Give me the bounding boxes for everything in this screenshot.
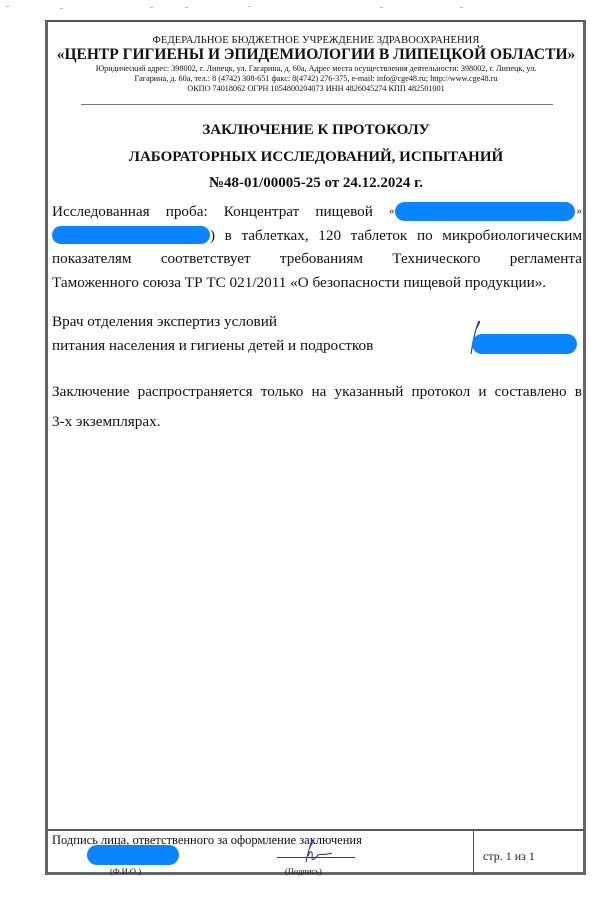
org-address-line2: Гагарина, д. 60а, тел.: 8 (4742) 308-651… — [48, 74, 584, 83]
word: показателям — [52, 247, 132, 271]
scope-note: Заключение распространяется только на ук… — [52, 380, 582, 433]
quote-close: » — [576, 200, 582, 224]
word: пищевой — [315, 200, 372, 224]
scope-note-line1: Заключение распространяется только на ук… — [52, 380, 582, 404]
header-divider — [81, 104, 553, 105]
redaction-blob — [52, 226, 210, 244]
quote-open: « — [389, 200, 395, 224]
scope-note-line2: 3-х экземплярах. — [52, 410, 582, 434]
redaction-blob — [395, 202, 575, 221]
document-title-line1: ЗАКЛЮЧЕНИЕ К ПРОТОКОЛУ — [48, 122, 584, 139]
word: в — [575, 380, 582, 404]
word: протокол — [411, 380, 470, 404]
signature-caption: (Подпись) — [285, 866, 322, 876]
speck — [60, 8, 63, 9]
conclusion-line-1: Исследованная проба: Концентрат пищевой … — [52, 200, 582, 224]
word: соответствует — [161, 247, 251, 271]
conclusion-line-2: ) в таблетках, 120 таблеток по микробиол… — [52, 224, 582, 248]
redacted-product-name: « » — [389, 200, 582, 224]
word: указанный — [335, 380, 404, 404]
redacted-responsible-name — [87, 845, 179, 865]
word: проба: — [166, 200, 208, 224]
page-number: стр. 1 из 1 — [483, 849, 535, 864]
speck — [150, 7, 153, 8]
word: составлено — [495, 380, 567, 404]
speck — [248, 6, 251, 7]
word: Технического — [392, 247, 480, 271]
scan-artifacts — [0, 0, 604, 20]
word: и — [478, 380, 486, 404]
word: Концентрат — [224, 200, 300, 224]
text: ) в таблетках, 120 таблеток по микробиол… — [210, 224, 582, 248]
signature-line — [277, 857, 355, 858]
word: Исследованная — [52, 200, 150, 224]
word: на — [312, 380, 327, 404]
org-name-line2: «ЦЕНТР ГИГИЕНЫ И ЭПИДЕМИОЛОГИИ В ЛИПЕЦКО… — [48, 46, 584, 64]
org-name-line1: ФЕДЕРАЛЬНОЕ БЮДЖЕТНОЕ УЧРЕЖДЕНИЕ ЗДРАВОО… — [48, 35, 584, 46]
fio-caption: (Ф.И.О.) — [110, 866, 141, 876]
document-number-date: №48-01/00005-25 от 24.12.2024 г. — [48, 175, 584, 192]
word: Заключение — [52, 380, 129, 404]
word: распространяется — [138, 380, 253, 404]
conclusion-paragraph: Исследованная проба: Концентрат пищевой … — [52, 200, 582, 294]
redacted-doctor-name — [472, 334, 577, 354]
speck — [185, 7, 188, 8]
conclusion-line-3: показателям соответствует требованиям Те… — [52, 247, 582, 271]
footer-divider — [47, 829, 584, 831]
responsible-signature-icon — [298, 838, 338, 864]
document-title-line2: ЛАБОРАТОРНЫХ ИССЛЕДОВАНИЙ, ИСПЫТАНИЙ — [48, 149, 584, 166]
footer-column-separator — [473, 830, 474, 875]
org-address-line1: Юридический адрес: 398002, г. Липецк, ул… — [48, 64, 584, 73]
signatory-line1: Врач отделения экспертиз условий — [52, 310, 582, 334]
conclusion-line-4: Таможенного союза ТР ТС 021/2011 «О безо… — [52, 271, 582, 295]
speck — [460, 7, 463, 8]
speck — [6, 6, 9, 7]
word: требованиям — [280, 247, 363, 271]
speck — [380, 7, 383, 8]
word: только — [261, 380, 304, 404]
org-registry-line: ОКПО 74018062 ОГРН 1054800204073 ИНН 482… — [48, 84, 584, 93]
word: регламента — [510, 247, 582, 271]
